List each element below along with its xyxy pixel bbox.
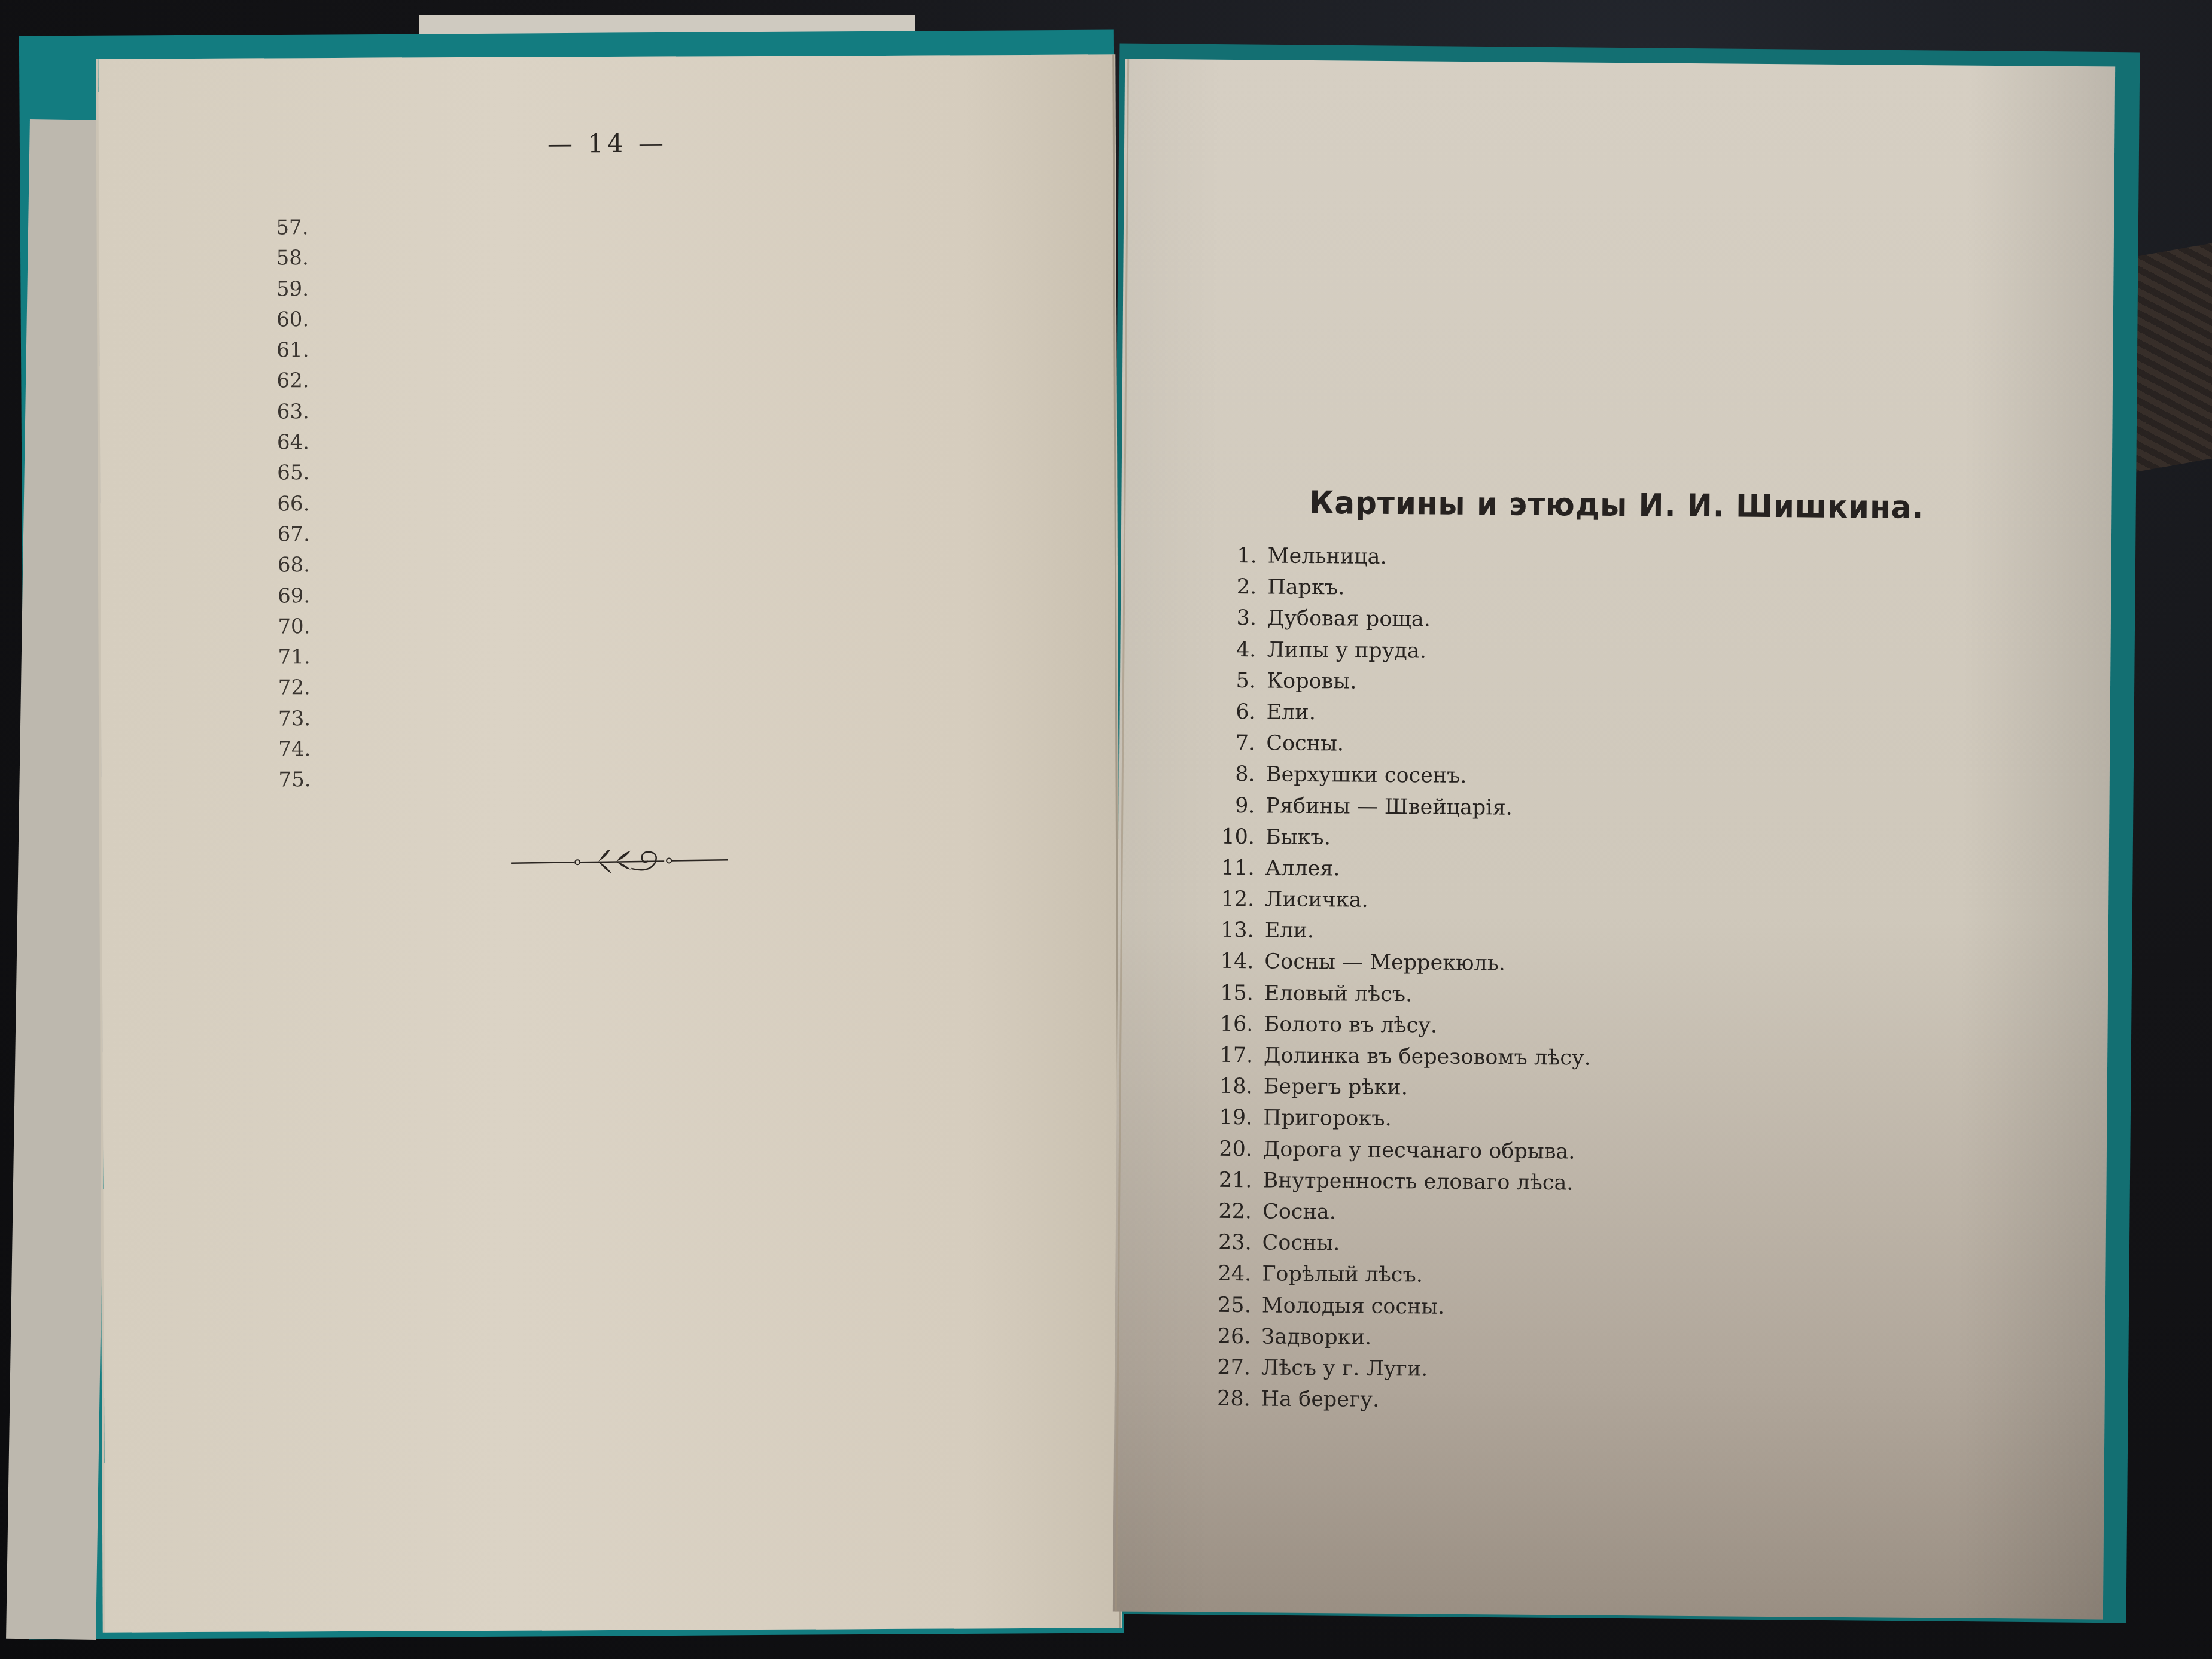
list-item: 13.Ели. — [1199, 915, 1977, 952]
list-item: 28.На берегу. — [1195, 1383, 1973, 1420]
item-title: Еловый лѣсъ. — [1264, 978, 1413, 1010]
item-title: Сосны. — [1266, 728, 1344, 760]
item-title: Лѣсъ у г. Луги. — [1261, 1352, 1428, 1384]
list-item: 26.Задворки. — [1195, 1320, 1973, 1357]
item-title: Долинка въ березовомъ лѣсу. — [1264, 1040, 1591, 1073]
item-number: 23. — [1196, 1227, 1262, 1259]
item-number: 16. — [1198, 1008, 1264, 1040]
list-number: 65. — [226, 458, 309, 489]
item-title: Пригорокъ. — [1263, 1103, 1392, 1135]
list-item: 5.Коровы. — [1201, 665, 1979, 702]
list-number: 69. — [226, 581, 310, 612]
list-item: 27.Лѣсъ у г. Луги. — [1195, 1351, 1973, 1389]
list-item: 21.Внутренность еловаго лѣса. — [1197, 1164, 1974, 1201]
list-number: 61. — [225, 335, 309, 366]
item-title: Паркъ. — [1267, 572, 1344, 604]
item-title: Горѣлый лѣсъ. — [1262, 1259, 1423, 1291]
item-number: 15. — [1198, 977, 1264, 1009]
item-number: 13. — [1199, 915, 1265, 946]
item-title: Липы у пруда. — [1267, 634, 1426, 666]
list-item: 16.Болото въ лѣсу. — [1198, 1008, 1976, 1045]
list-number: 73. — [227, 704, 311, 735]
list-item: 2.Паркъ. — [1201, 571, 1979, 608]
list-number: 74. — [227, 734, 311, 765]
left-page: — 14 — 57.58.59.60.61.62.63.64.65.66.67.… — [98, 54, 1122, 1632]
item-number: 26. — [1195, 1320, 1261, 1352]
list-item: 9.Рябины — Швейцарія. — [1200, 790, 1977, 827]
item-title: Рябины — Швейцарія. — [1265, 790, 1513, 823]
item-title: Дубовая роща. — [1267, 603, 1431, 635]
list-item: 6.Ели. — [1200, 696, 1978, 733]
item-number: 2. — [1201, 571, 1267, 603]
list-item: 4.Липы у пруда. — [1201, 634, 1979, 671]
list-item: 12.Лисичка. — [1199, 884, 1977, 921]
item-number: 17. — [1198, 1040, 1264, 1071]
right-page: Картины и этюды И. И. Шишкина. 1.Мельниц… — [1113, 59, 2115, 1620]
list-item: 20.Дорога у песчанаго обрыва. — [1197, 1133, 1975, 1170]
list-number: 67. — [226, 519, 310, 550]
list-number: 58. — [225, 243, 309, 274]
list-number: 72. — [227, 673, 311, 704]
list-item: 3.Дубовая роща. — [1201, 602, 1979, 640]
list-item: 10.Быкъ. — [1200, 821, 1977, 858]
item-number: 9. — [1200, 790, 1265, 821]
item-title: Быкъ. — [1265, 821, 1331, 853]
item-title: Верхушки сосенъ. — [1266, 759, 1467, 792]
list-item: 7.Сосны. — [1200, 727, 1978, 765]
item-title: Ели. — [1266, 696, 1316, 728]
item-number: 21. — [1197, 1164, 1262, 1196]
item-number: 22. — [1197, 1195, 1262, 1227]
item-number: 19. — [1197, 1102, 1263, 1134]
item-title: Берегъ рѣки. — [1264, 1071, 1408, 1104]
list-item: 17.Долинка въ березовомъ лѣсу. — [1198, 1040, 1976, 1077]
item-number: 28. — [1195, 1383, 1261, 1415]
list-item: 24.Горѣлый лѣсъ. — [1196, 1258, 1974, 1295]
list-number: 68. — [226, 550, 310, 581]
list-item: 19.Пригорокъ. — [1197, 1102, 1975, 1139]
list-number: 63. — [226, 397, 309, 428]
list-number: 64. — [226, 427, 309, 458]
item-number: 11. — [1199, 852, 1265, 884]
list-item: 1.Мельница. — [1201, 540, 1979, 577]
paintings-list: 1.Мельница.2.Паркъ.3.Дубовая роща.4.Липы… — [1195, 540, 1979, 1420]
item-number: 4. — [1201, 634, 1267, 665]
item-number: 18. — [1198, 1071, 1264, 1103]
item-title: Болото въ лѣсу. — [1264, 1009, 1437, 1041]
list-item: 8.Верхушки сосенъ. — [1200, 759, 1978, 796]
item-number: 24. — [1196, 1258, 1262, 1290]
item-number: 14. — [1198, 946, 1264, 978]
list-number: 75. — [227, 765, 311, 796]
item-number: 7. — [1200, 727, 1266, 759]
floral-divider-icon — [509, 849, 730, 874]
item-number: 8. — [1200, 759, 1266, 790]
list-number: 66. — [226, 489, 309, 520]
item-number: 25. — [1196, 1289, 1262, 1321]
item-title: На берегу. — [1261, 1383, 1379, 1416]
item-title: Коровы. — [1267, 665, 1357, 697]
list-item: 22.Сосна. — [1197, 1195, 1974, 1232]
page-number: — 14 — — [99, 126, 1116, 160]
item-number: 27. — [1195, 1351, 1261, 1383]
number-column: 57.58.59.60.61.62.63.64.65.66.67.68.69.7… — [224, 212, 311, 796]
list-number: 62. — [226, 366, 309, 397]
list-number: 60. — [225, 305, 309, 336]
list-number: 59. — [225, 274, 309, 305]
list-number: 70. — [226, 611, 310, 643]
item-title: Дорога у песчанаго обрыва. — [1263, 1134, 1575, 1167]
item-title: Сосны. — [1262, 1228, 1340, 1259]
item-title: Сосна. — [1262, 1196, 1336, 1228]
item-title: Аллея. — [1265, 853, 1340, 884]
page-title: Картины и этюды И. И. Шишкина. — [1121, 483, 2111, 527]
item-title: Ели. — [1265, 915, 1315, 947]
item-number: 10. — [1200, 821, 1265, 853]
item-title: Внутренность еловаго лѣса. — [1262, 1165, 1573, 1198]
list-item: 11.Аллея. — [1199, 852, 1977, 889]
list-item: 25.Молодыя сосны. — [1196, 1289, 1974, 1326]
item-title: Молодыя сосны. — [1262, 1290, 1445, 1323]
item-title: Задворки. — [1261, 1321, 1371, 1353]
item-number: 6. — [1200, 696, 1266, 728]
item-number: 20. — [1197, 1133, 1263, 1165]
list-item: 15.Еловый лѣсъ. — [1198, 977, 1976, 1014]
item-title: Лисичка. — [1265, 884, 1368, 916]
list-item: 14.Сосны — Меррекюль. — [1198, 946, 1976, 983]
list-item: 23.Сосны. — [1196, 1227, 1974, 1264]
list-item: 18.Берегъ рѣки. — [1198, 1071, 1976, 1108]
item-title: Мельница. — [1267, 540, 1386, 573]
item-number: 5. — [1201, 665, 1267, 696]
item-number: 3. — [1201, 602, 1267, 634]
item-number: 12. — [1199, 884, 1265, 915]
list-number: 57. — [224, 212, 308, 243]
item-title: Сосны — Меррекюль. — [1264, 946, 1505, 979]
item-number: 1. — [1201, 540, 1267, 572]
list-number: 71. — [227, 642, 311, 673]
